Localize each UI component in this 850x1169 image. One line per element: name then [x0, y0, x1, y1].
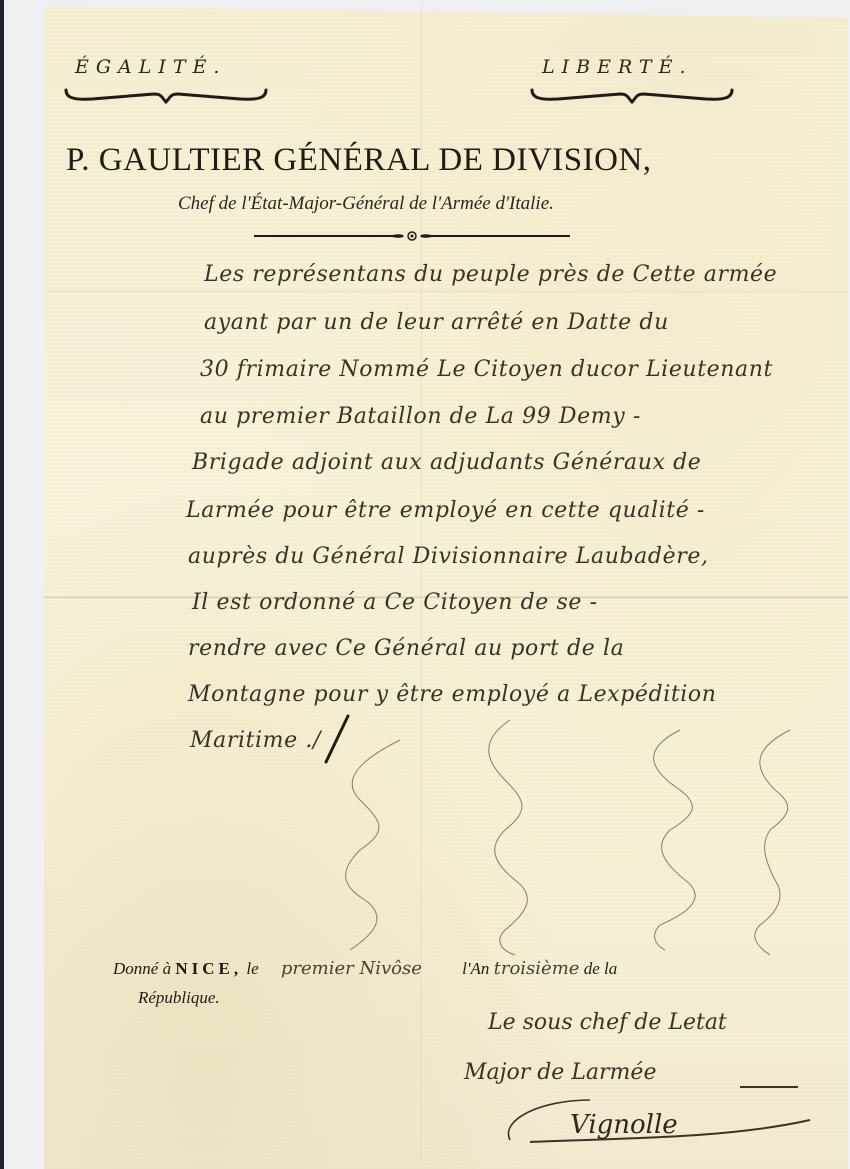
- decorative-wavy-filler-lines: [300, 720, 840, 960]
- body-line: rendre avec Ce Général au port de la: [188, 636, 848, 676]
- given-prefix: Donné à: [113, 959, 171, 978]
- body-line: au premier Bataillon de La 99 Demy -: [200, 404, 850, 444]
- handwritten-year: troisième: [494, 958, 580, 979]
- decorative-brace-left: [62, 84, 272, 106]
- handwritten-date: premier Nivôse: [281, 958, 422, 979]
- vertical-fold-line: [420, 6, 423, 1166]
- motto-egalite: ÉGALITÉ.: [75, 56, 226, 78]
- decorative-brace-right: [528, 84, 738, 106]
- signature: Vignolle: [570, 1110, 678, 1140]
- ink-stroke-terminator: [318, 712, 358, 772]
- signature-title-line-1: Le sous chef de Letat: [488, 1010, 727, 1035]
- given-at-line: Donné à NICE, le premier Nivôse l'An tro…: [113, 958, 617, 979]
- body-line: Il est ordonné a Ce Citoyen de se -: [192, 590, 850, 630]
- given-le: le: [246, 959, 258, 978]
- scan-edge: [0, 0, 4, 1169]
- letterhead-subtitle: Chef de l'État-Major-Général de l'Armée …: [178, 193, 554, 215]
- body-line: Montagne pour y être employé a Lexpéditi…: [188, 682, 848, 722]
- body-line: Larmée pour être employé en cette qualit…: [186, 498, 846, 538]
- body-line: Les représentans du peuple près de Cette…: [204, 262, 850, 302]
- body-line: ayant par un de leur arrêté en Datte du: [204, 310, 850, 350]
- given-year-prefix: l'An: [462, 959, 489, 978]
- motto-liberte: LIBERTÉ.: [542, 56, 693, 78]
- ornamental-divider: [252, 228, 572, 244]
- body-line: auprès du Général Divisionnaire Laubadèr…: [188, 544, 848, 584]
- republique-label: République.: [138, 988, 220, 1008]
- body-line: Brigade adjoint aux adjudants Généraux d…: [192, 450, 850, 490]
- given-suffix: de la: [584, 959, 618, 978]
- given-place: NICE,: [175, 959, 242, 978]
- body-line: 30 frimaire Nommé Le Citoyen ducor Lieut…: [200, 357, 850, 397]
- letterhead-title: P. GAULTIER GÉNÉRAL DE DIVISION,: [66, 142, 786, 179]
